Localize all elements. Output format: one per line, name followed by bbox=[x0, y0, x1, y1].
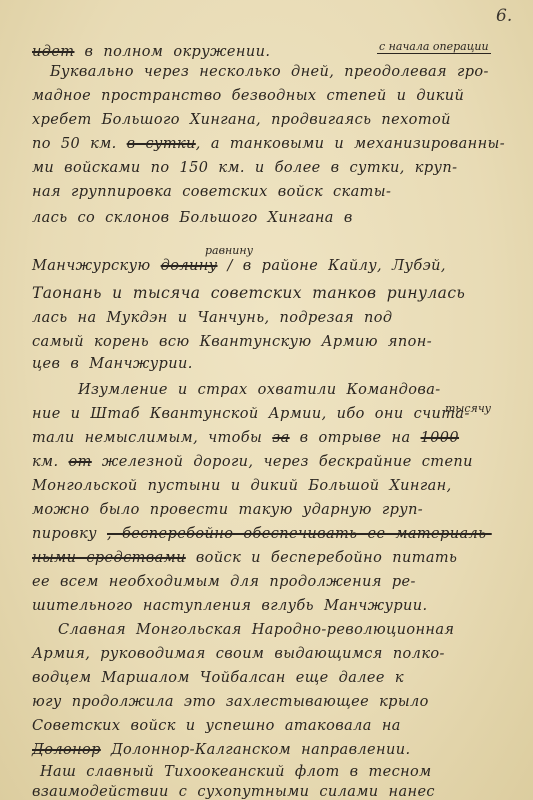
text-line: взаимодействии с сухопутными силами нане… bbox=[32, 784, 533, 800]
line-text: Славная Монгольская Народно-революционна… bbox=[58, 622, 454, 638]
text-line: Долонор Долоннор-Калганском направлении. bbox=[32, 742, 533, 758]
line-text: лась со склонов Большого Хингана в bbox=[32, 210, 353, 226]
line-text: в полном окружении. bbox=[84, 44, 270, 60]
text-line: км. от железной дороги, через бескрайние… bbox=[32, 454, 533, 470]
line-text: ми войсками по 150 км. и более в сутки, … bbox=[32, 160, 457, 176]
line-text: ние и Штаб Квантунской Армии, ибо они сч… bbox=[32, 406, 470, 422]
line-text: по 50 км. bbox=[32, 136, 117, 152]
struck-word: долину bbox=[161, 258, 218, 274]
struck-word: идет bbox=[32, 44, 74, 60]
text-line: водцем Маршалом Чойбалсан еще далее к bbox=[32, 670, 533, 686]
text-line: Монгольской пустыни и дикий Большой Хинг… bbox=[32, 478, 533, 494]
line-text: можно было провести такую ударную груп- bbox=[32, 502, 423, 518]
text-line: Славная Монгольская Народно-революционна… bbox=[58, 622, 533, 638]
struck-word: ными средствами bbox=[32, 550, 186, 566]
text-line: цев в Манчжурии. bbox=[32, 356, 533, 372]
text-line: ми войсками по 150 км. и более в сутки, … bbox=[32, 160, 533, 176]
text-line: Советских войск и успешно атаковала на bbox=[32, 718, 533, 734]
line-text: Армия, руководимая своим выдающимся полк… bbox=[32, 646, 445, 662]
text-line: ная группировка советских войск скаты- bbox=[32, 184, 533, 200]
text-line: по 50 км. в сутки, а танковыми и механиз… bbox=[32, 136, 533, 152]
text-line: Изумление и страх охватили Командова- bbox=[78, 382, 533, 398]
line-text: войск и бесперебойно питать bbox=[196, 550, 458, 566]
line-text: Наш славный Тихоокеанский флот в тесном bbox=[40, 764, 432, 780]
text-line: Армия, руководимая своим выдающимся полк… bbox=[32, 646, 533, 662]
text-line: лась со склонов Большого Хингана в bbox=[32, 210, 533, 226]
text-line: Манчжурскую долину / в районе Кайлу, Луб… bbox=[32, 258, 533, 274]
line-text: Изумление и страх охватили Командова- bbox=[78, 382, 441, 398]
text-line: шительного наступления вглубь Манчжурии. bbox=[32, 598, 533, 614]
line-text: самый корень всю Квантунскую Армию япон- bbox=[32, 334, 432, 350]
struck-word: 1000 bbox=[421, 430, 460, 446]
text-line: Наш славный Тихоокеанский флот в тесном bbox=[40, 764, 533, 780]
text-line: самый корень всю Квантунскую Армию япон- bbox=[32, 334, 533, 350]
line-text: водцем Маршалом Чойбалсан еще далее к bbox=[32, 670, 404, 686]
line-text: в отрыве на bbox=[300, 430, 411, 446]
line-text: взаимодействии с сухопутными силами нане… bbox=[32, 784, 435, 800]
line-text: Манчжурскую bbox=[32, 258, 151, 274]
text-line: мадное пространство безводных степей и д… bbox=[32, 88, 533, 104]
text-line: пировку , бесперебойно обеспечивать ее м… bbox=[32, 526, 533, 542]
line-text: пировку bbox=[32, 526, 97, 542]
line-text: цев в Манчжурии. bbox=[32, 356, 193, 372]
line-text: шительного наступления вглубь Манчжурии. bbox=[32, 598, 428, 614]
line-text: мадное пространство безводных степей и д… bbox=[32, 88, 464, 104]
line-text: ее всем необходимым для продолжения ре- bbox=[32, 574, 416, 590]
text-line: Буквально через несколько дней, преодоле… bbox=[50, 64, 533, 80]
line-text: ная группировка советских войск скаты- bbox=[32, 184, 391, 200]
struck-word: от bbox=[69, 454, 92, 470]
line-text: , а танковыми и механизированны- bbox=[196, 136, 505, 152]
line-text: Советских войск и успешно атаковала на bbox=[32, 718, 401, 734]
line-text: / в районе Кайлу, Лубэй, bbox=[228, 258, 446, 274]
line-text: хребет Большого Хингана, продвигаясь пех… bbox=[32, 112, 451, 128]
struck-word: в сутки bbox=[127, 136, 196, 152]
struck-word: Долонор bbox=[32, 742, 101, 758]
line-text: км. bbox=[32, 454, 59, 470]
text-line: хребет Большого Хингана, продвигаясь пех… bbox=[32, 112, 533, 128]
line-text: Долоннор-Калганском направлении. bbox=[111, 742, 411, 758]
text-line: идет в полном окружении. bbox=[32, 44, 533, 60]
line-text: Монгольской пустыни и дикий Большой Хинг… bbox=[32, 478, 452, 494]
page-number: 6. bbox=[496, 6, 512, 26]
text-line: тали немыслимым, чтобы за в отрыве на 10… bbox=[32, 430, 533, 446]
text-line: югу продолжила это захлестывающее крыло bbox=[32, 694, 533, 710]
text-line: ее всем необходимым для продолжения ре- bbox=[32, 574, 533, 590]
line-text: Таонань и тысяча советских танков ринула… bbox=[32, 284, 465, 302]
text-line: Таонань и тысяча советских танков ринула… bbox=[32, 284, 533, 302]
struck-word: , бесперебойно обеспечивать ее материаль… bbox=[107, 526, 492, 542]
text-line: ние и Штаб Квантунской Армии, ибо они сч… bbox=[32, 406, 533, 422]
line-text: югу продолжила это захлестывающее крыло bbox=[32, 694, 429, 710]
line-text: тали немыслимым, чтобы bbox=[32, 430, 262, 446]
line-text: Буквально через несколько дней, преодоле… bbox=[50, 64, 489, 80]
text-line: можно было провести такую ударную груп- bbox=[32, 502, 533, 518]
line-text: лась на Мукдэн и Чанчунь, подрезая под bbox=[32, 310, 392, 326]
line-text: железной дороги, через бескрайние степи bbox=[102, 454, 473, 470]
text-line: ными средствами войск и бесперебойно пит… bbox=[32, 550, 533, 566]
insertion-note: равнину bbox=[205, 244, 253, 257]
text-line: лась на Мукдэн и Чанчунь, подрезая под bbox=[32, 310, 533, 326]
struck-word: за bbox=[272, 430, 289, 446]
